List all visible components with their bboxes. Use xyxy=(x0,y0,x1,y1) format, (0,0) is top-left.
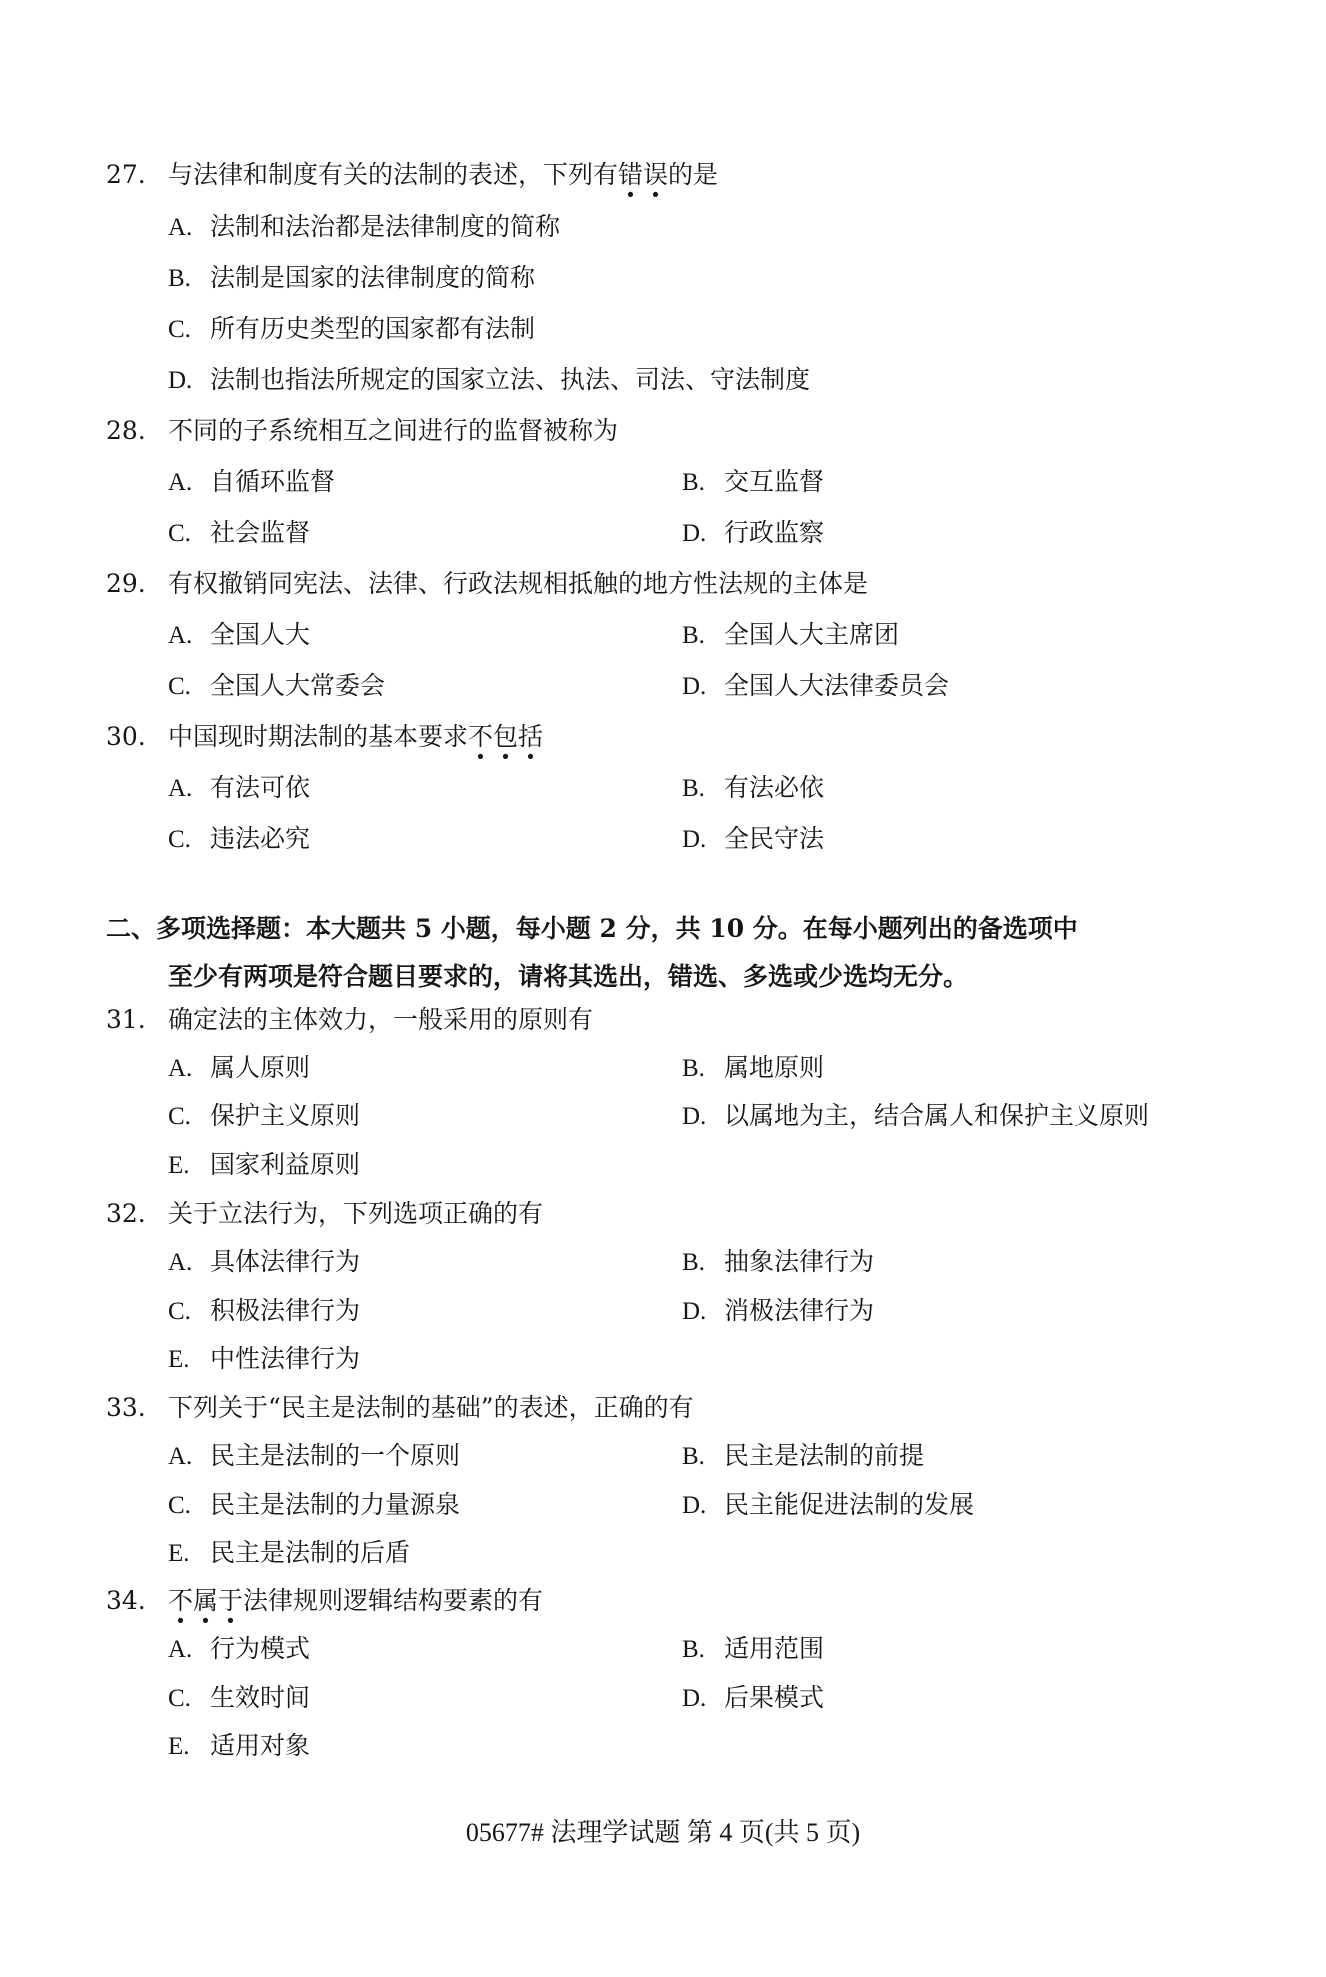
emphasis-char: 属 xyxy=(193,1586,218,1615)
option-letter: B. xyxy=(682,1633,724,1667)
option-b: B.全国人大主席团 xyxy=(682,618,899,653)
option-a: A.全国人大 xyxy=(168,618,310,653)
option-letter: B. xyxy=(682,1246,724,1280)
option-text: 自循环监督 xyxy=(210,467,335,496)
option-a: A.法制和法治都是法律制度的简称 xyxy=(168,210,560,245)
option-c: C.民主是法制的力量源泉 xyxy=(168,1488,460,1523)
emphasis-char: 不 xyxy=(168,1586,193,1615)
question-stem: 下列关于“民主是法制的基础”的表述，正确的有 xyxy=(168,1391,694,1425)
option-text: 积极法律行为 xyxy=(210,1296,360,1325)
option-a: A.民主是法制的一个原则 xyxy=(168,1439,460,1474)
emphasis-char: 包 xyxy=(493,722,518,751)
option-letter: D. xyxy=(682,1489,724,1523)
option-d: D.全民守法 xyxy=(682,822,824,857)
option-a: A.自循环监督 xyxy=(168,465,335,500)
option-b: B.属地原则 xyxy=(682,1051,824,1086)
option-text: 生效时间 xyxy=(210,1683,310,1712)
question-stem: 关于立法行为，下列选项正确的有 xyxy=(168,1197,543,1231)
section-instructions: 至少有两项是符合题目要求的，请将其选出，错选、多选或少选均无分。 xyxy=(168,960,968,994)
option-letter: C. xyxy=(168,1489,210,1523)
question-number: 30. xyxy=(106,720,146,754)
option-d: D.民主能促进法制的发展 xyxy=(682,1488,974,1523)
option-d: D.以属地为主，结合属人和保护主义原则 xyxy=(682,1099,1149,1134)
option-letter: C. xyxy=(168,670,210,704)
question-stem: 与法律和制度有关的法制的表述，下列有错误的是 xyxy=(168,158,718,192)
option-e: E.国家利益原则 xyxy=(168,1148,360,1183)
option-text: 以属地为主，结合属人和保护主义原则 xyxy=(724,1101,1149,1130)
option-letter: D. xyxy=(682,1295,724,1329)
option-text: 行政监察 xyxy=(724,518,824,547)
option-letter: D. xyxy=(682,670,724,704)
option-text: 法制和法治都是法律制度的简称 xyxy=(210,212,560,241)
option-text: 全国人大 xyxy=(210,620,310,649)
option-letter: D. xyxy=(682,1682,724,1716)
stem-text: 的是 xyxy=(668,160,718,189)
option-letter: C. xyxy=(168,313,210,347)
option-letter: C. xyxy=(168,1100,210,1134)
option-c: C.违法必究 xyxy=(168,822,310,857)
emphasis-char: 括 xyxy=(518,722,543,751)
option-letter: D. xyxy=(682,823,724,857)
option-letter: A. xyxy=(168,1440,210,1474)
option-letter: E. xyxy=(168,1149,210,1183)
option-letter: E. xyxy=(168,1730,210,1764)
emphasis-char: 不 xyxy=(468,722,493,751)
option-text: 消极法律行为 xyxy=(724,1296,874,1325)
option-letter: B. xyxy=(682,1052,724,1086)
option-d: D.行政监察 xyxy=(682,516,824,551)
option-text: 民主是法制的力量源泉 xyxy=(210,1490,460,1519)
question-stem: 确定法的主体效力，一般采用的原则有 xyxy=(168,1003,593,1037)
question-stem: 不同的子系统相互之间进行的监督被称为 xyxy=(168,414,618,448)
option-text: 有法可依 xyxy=(210,773,310,802)
option-letter: A. xyxy=(168,772,210,806)
question-number: 27. xyxy=(106,158,146,192)
option-text: 有法必依 xyxy=(724,773,824,802)
option-c: C.保护主义原则 xyxy=(168,1099,360,1134)
option-a: A.行为模式 xyxy=(168,1632,310,1667)
question-number: 31. xyxy=(106,1003,146,1037)
option-d: D.法制也指法所规定的国家立法、执法、司法、守法制度 xyxy=(168,363,810,398)
option-letter: A. xyxy=(168,1052,210,1086)
option-letter: C. xyxy=(168,1682,210,1716)
option-b: B.交互监督 xyxy=(682,465,824,500)
option-b: B.法制是国家的法律制度的简称 xyxy=(168,261,535,296)
option-letter: C. xyxy=(168,517,210,551)
option-letter: C. xyxy=(168,823,210,857)
option-text: 后果模式 xyxy=(724,1683,824,1712)
option-text: 属人原则 xyxy=(210,1053,310,1082)
option-text: 属地原则 xyxy=(724,1053,824,1082)
option-letter: B. xyxy=(682,466,724,500)
option-c: C.所有历史类型的国家都有法制 xyxy=(168,312,535,347)
option-letter: A. xyxy=(168,466,210,500)
option-text: 中性法律行为 xyxy=(210,1344,360,1373)
page-footer: 05677# 法理学试题 第 4 页(共 5 页) xyxy=(0,1812,1326,1849)
option-letter: D. xyxy=(168,364,210,398)
stem-text: 中国现时期法制的基本要求 xyxy=(168,722,468,751)
option-c: C.全国人大常委会 xyxy=(168,669,385,704)
emphasis-char: 误 xyxy=(643,160,668,189)
option-b: B.有法必依 xyxy=(682,771,824,806)
option-d: D.全国人大法律委员会 xyxy=(682,669,949,704)
option-letter: A. xyxy=(168,619,210,653)
question-stem: 不属于法律规则逻辑结构要素的有 xyxy=(168,1584,543,1618)
option-letter: B. xyxy=(168,262,210,296)
option-text: 适用范围 xyxy=(724,1634,824,1663)
question-stem: 有权撤销同宪法、法律、行政法规相抵触的地方性法规的主体是 xyxy=(168,567,868,601)
option-letter: B. xyxy=(682,1440,724,1474)
option-c: C.积极法律行为 xyxy=(168,1294,360,1329)
option-b: B.抽象法律行为 xyxy=(682,1245,874,1280)
option-text: 具体法律行为 xyxy=(210,1247,360,1276)
option-d: D.后果模式 xyxy=(682,1681,824,1716)
emphasis-char: 于 xyxy=(218,1586,243,1615)
option-letter: A. xyxy=(168,1246,210,1280)
option-a: A.具体法律行为 xyxy=(168,1245,360,1280)
option-text: 所有历史类型的国家都有法制 xyxy=(210,314,535,343)
question-number: 28. xyxy=(106,414,146,448)
option-letter: E. xyxy=(168,1537,210,1571)
option-e: E.中性法律行为 xyxy=(168,1342,360,1377)
question-number: 29. xyxy=(106,567,146,601)
option-d: D.消极法律行为 xyxy=(682,1294,874,1329)
option-letter: C. xyxy=(168,1295,210,1329)
section-heading: 二、多项选择题：本大题共 5 小题，每小题 2 分，共 10 分。在每小题列出的… xyxy=(106,912,1078,946)
option-letter: D. xyxy=(682,517,724,551)
question-stem: 中国现时期法制的基本要求不包括 xyxy=(168,720,543,754)
option-text: 民主是法制的后盾 xyxy=(210,1538,410,1567)
option-text: 违法必究 xyxy=(210,824,310,853)
stem-text: 法律规则逻辑结构要素的有 xyxy=(243,1586,543,1615)
option-text: 法制也指法所规定的国家立法、执法、司法、守法制度 xyxy=(210,365,810,394)
question-number: 32. xyxy=(106,1197,146,1231)
stem-text: 与法律和制度有关的法制的表述，下列有 xyxy=(168,160,618,189)
option-a: A.属人原则 xyxy=(168,1051,310,1086)
option-text: 全国人大法律委员会 xyxy=(724,671,949,700)
option-letter: D. xyxy=(682,1100,724,1134)
option-text: 全国人大常委会 xyxy=(210,671,385,700)
option-text: 保护主义原则 xyxy=(210,1101,360,1130)
option-a: A.有法可依 xyxy=(168,771,310,806)
emphasis-char: 错 xyxy=(618,160,643,189)
option-letter: E. xyxy=(168,1343,210,1377)
option-c: C.生效时间 xyxy=(168,1681,310,1716)
option-c: C.社会监督 xyxy=(168,516,310,551)
option-text: 民主是法制的前提 xyxy=(724,1441,924,1470)
option-text: 全国人大主席团 xyxy=(724,620,899,649)
option-letter: B. xyxy=(682,619,724,653)
option-e: E.民主是法制的后盾 xyxy=(168,1536,410,1571)
option-text: 民主是法制的一个原则 xyxy=(210,1441,460,1470)
option-b: B.适用范围 xyxy=(682,1632,824,1667)
option-text: 行为模式 xyxy=(210,1634,310,1663)
option-text: 抽象法律行为 xyxy=(724,1247,874,1276)
option-b: B.民主是法制的前提 xyxy=(682,1439,924,1474)
question-number: 34. xyxy=(106,1584,146,1618)
option-text: 民主能促进法制的发展 xyxy=(724,1490,974,1519)
option-text: 社会监督 xyxy=(210,518,310,547)
question-number: 33. xyxy=(106,1391,146,1425)
option-text: 法制是国家的法律制度的简称 xyxy=(210,263,535,292)
option-letter: B. xyxy=(682,772,724,806)
option-text: 适用对象 xyxy=(210,1731,310,1760)
option-e: E.适用对象 xyxy=(168,1729,310,1764)
option-text: 交互监督 xyxy=(724,467,824,496)
option-text: 全民守法 xyxy=(724,824,824,853)
option-letter: A. xyxy=(168,211,210,245)
option-letter: A. xyxy=(168,1633,210,1667)
option-text: 国家利益原则 xyxy=(210,1150,360,1179)
